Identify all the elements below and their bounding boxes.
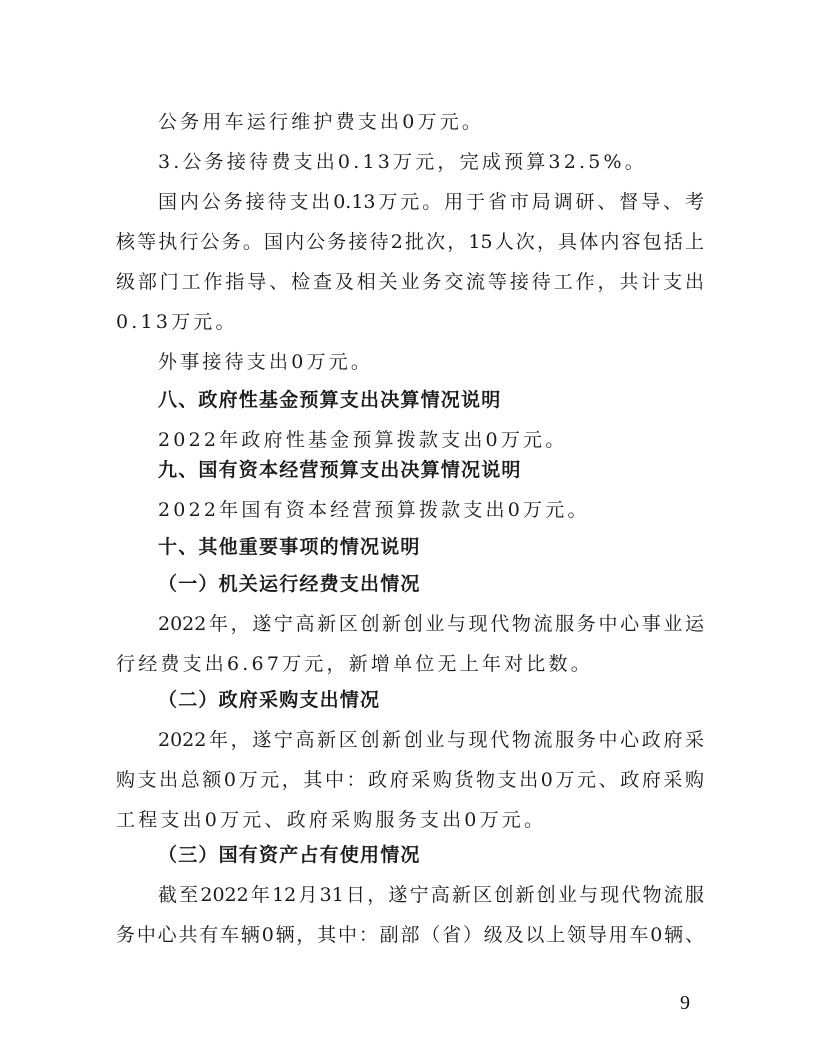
- paragraph-line: 工程支出0万元、政府采购服务支出0万元。: [116, 808, 546, 832]
- paragraph-line: 0.13万元。: [116, 310, 238, 334]
- document-page: 公务用车运行维护费支出0万元。 3.公务接待费支出0.13万元，完成预算32.5…: [0, 0, 816, 1056]
- paragraph-line: 公务用车运行维护费支出0万元。: [158, 110, 484, 134]
- page-number: 9: [680, 992, 690, 1015]
- paragraph-line: 级部门工作指导、检查及相关业务交流等接待工作，共计支出: [116, 270, 704, 294]
- paragraph-line: 国内公务接待支出0.13万元。用于省市局调研、督导、考: [158, 190, 704, 214]
- section-heading: 八、政府性基金预算支出决算情况说明: [158, 388, 501, 412]
- paragraph-line: 购支出总额0万元，其中：政府采购货物支出0万元、政府采购: [116, 768, 704, 792]
- paragraph-line: 截至2022年12月31日，遂宁高新区创新创业与现代物流服: [158, 883, 704, 907]
- paragraph-line: 2022年，遂宁高新区创新创业与现代物流服务中心事业运: [158, 612, 704, 636]
- paragraph-line: 务中心共有车辆0辆，其中：副部（省）级及以上领导用车0辆、: [116, 923, 704, 947]
- paragraph-line: 行经费支出6.67万元，新增单位无上年对比数。: [116, 652, 593, 676]
- subsection-heading: （一）机关运行经费支出情况: [158, 572, 421, 596]
- paragraph-line: 外事接待支出0万元。: [158, 350, 373, 374]
- section-heading: 十、其他重要事项的情况说明: [158, 535, 421, 559]
- paragraph-line: 核等执行公务。国内公务接待2批次，15人次，具体内容包括上: [116, 230, 704, 254]
- paragraph-line: 2022年，遂宁高新区创新创业与现代物流服务中心政府采: [158, 728, 704, 752]
- subsection-heading: （二）政府采购支出情况: [158, 688, 380, 712]
- paragraph-line: 2022年国有资本经营预算拨款支出0万元。: [158, 498, 590, 522]
- section-heading: 九、国有资本经营预算支出决算情况说明: [158, 458, 522, 482]
- paragraph-line: 2022年政府性基金预算拨款支出0万元。: [158, 428, 567, 452]
- paragraph-line: 3.公务接待费支出0.13万元，完成预算32.5%。: [158, 150, 647, 174]
- subsection-heading: （三）国有资产占有使用情况: [158, 843, 421, 867]
